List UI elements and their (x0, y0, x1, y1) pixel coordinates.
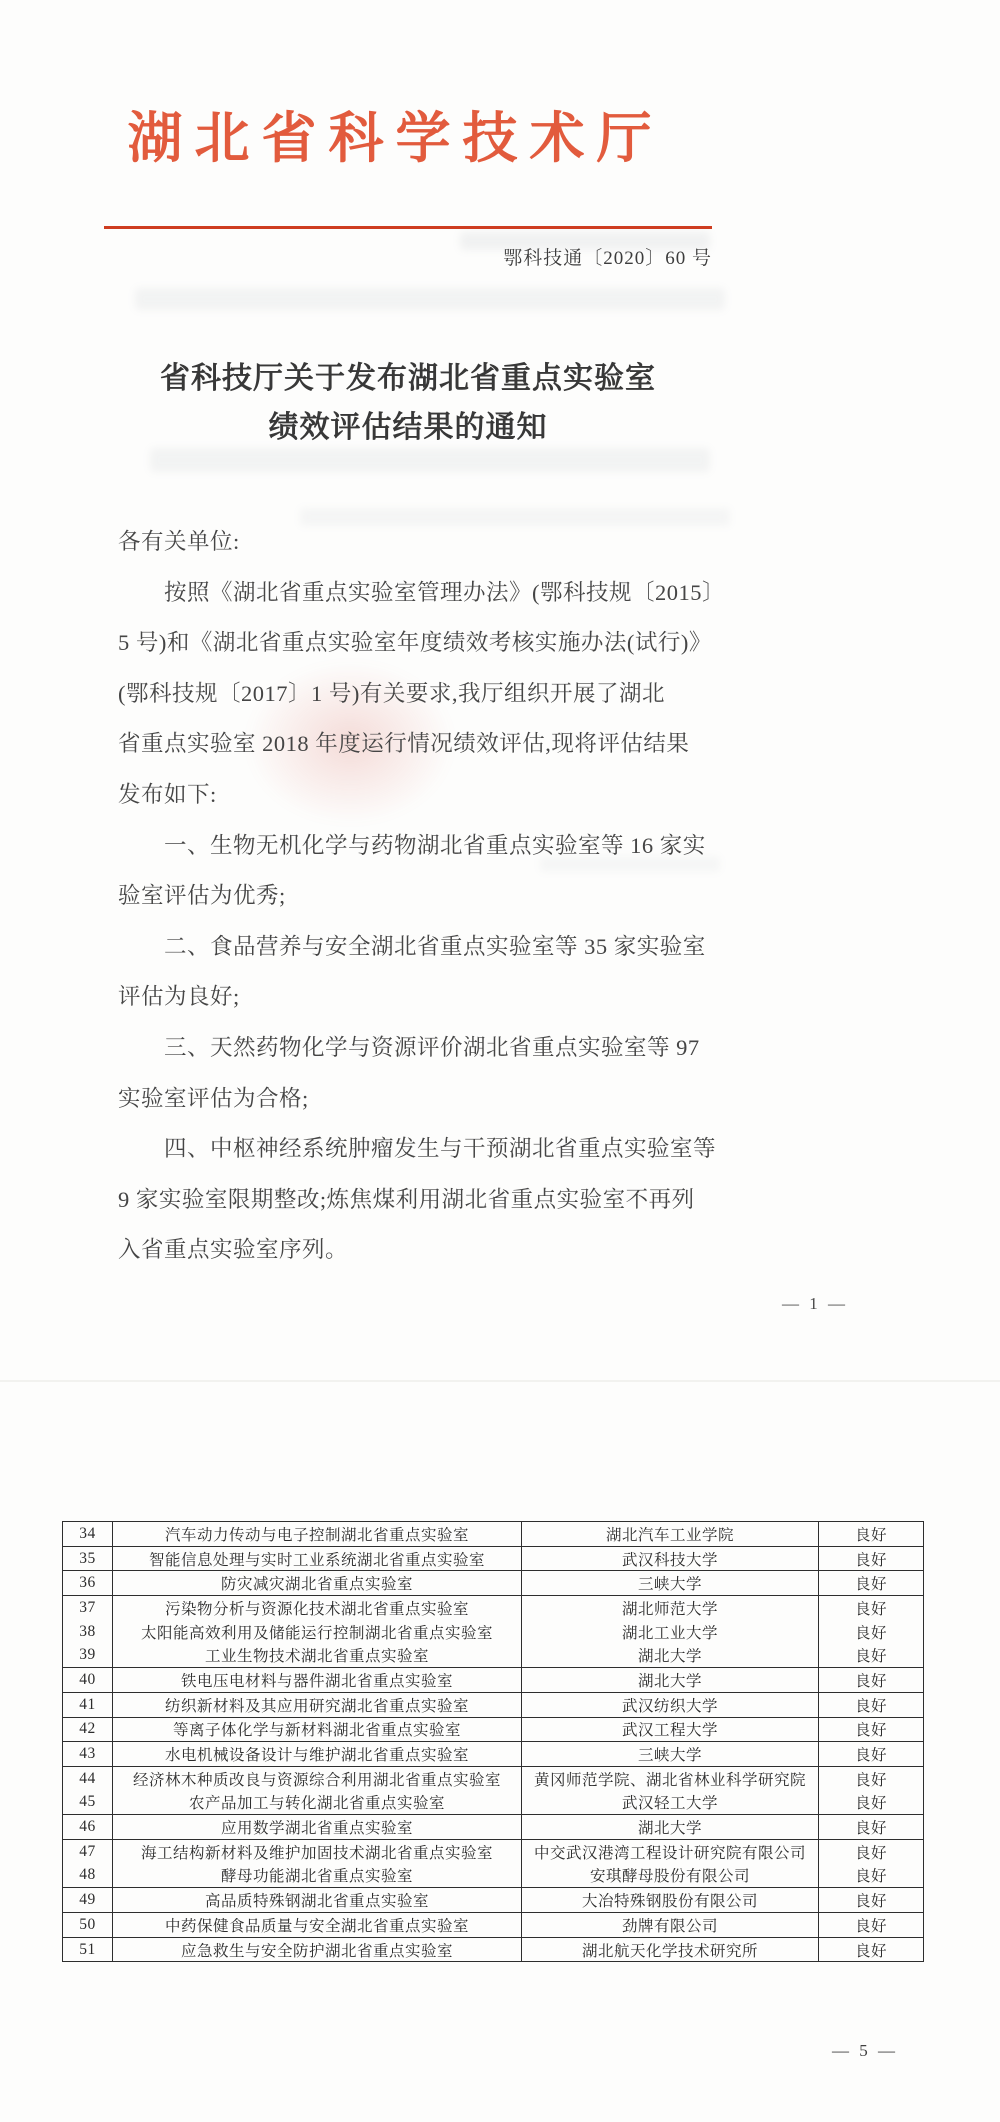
page5-page-number: — 5 — (800, 2041, 930, 2061)
rating-cell: 良好 (819, 1522, 924, 1547)
rating-cell: 良好 (819, 1742, 924, 1767)
lab-name-cell: 等离子体化学与新材料湖北省重点实验室 (113, 1717, 522, 1742)
notice-body-line: 三、天然药物化学与资源评价湖北省重点实验室等 97 (118, 1023, 754, 1074)
institution-cell: 武汉科技大学 (522, 1546, 819, 1571)
letterhead-title: 湖北省科学技术厅 (73, 94, 718, 173)
table-row: 44经济林木种质改良与资源综合利用湖北省重点实验室黄冈师范学院、湖北省林业科学研… (63, 1766, 924, 1790)
rating-cell: 良好 (819, 1571, 924, 1596)
rating-cell: 良好 (819, 1839, 924, 1863)
row-number-cell: 41 (63, 1692, 113, 1717)
rating-cell: 良好 (819, 1913, 924, 1938)
rating-cell: 良好 (819, 1668, 924, 1693)
document-title-line2: 绩效评估结果的通知 (104, 403, 712, 452)
lab-name-cell: 水电机械设备设计与维护湖北省重点实验室 (113, 1742, 522, 1767)
row-number-cell: 49 (63, 1888, 113, 1913)
table-row: 49高品质特殊钢湖北省重点实验室大冶特殊钢股份有限公司良好 (63, 1888, 924, 1913)
rating-cell: 良好 (819, 1888, 924, 1913)
evaluation-results-table: 34汽车动力传动与电子控制湖北省重点实验室湖北汽车工业学院良好35智能信息处理与… (62, 1521, 924, 1962)
table-row: 48酵母功能湖北省重点实验室安琪酵母股份有限公司良好 (63, 1864, 924, 1888)
document-title-line1: 省科技厅关于发布湖北省重点实验室 (104, 354, 712, 403)
institution-cell: 大冶特殊钢股份有限公司 (522, 1888, 819, 1913)
row-number-cell: 43 (63, 1742, 113, 1767)
lab-name-cell: 防灾减灾湖北省重点实验室 (113, 1571, 522, 1596)
scanned-document: { "page1": { "letterhead_title": "湖北省科学技… (0, 0, 1000, 2122)
rating-cell: 良好 (819, 1620, 924, 1644)
document-number: 鄂科技通〔2020〕60 号 (104, 243, 712, 270)
row-number-cell: 38 (63, 1620, 113, 1644)
row-number-cell: 47 (63, 1839, 113, 1863)
table-row: 40铁电压电材料与器件湖北省重点实验室湖北大学良好 (63, 1668, 924, 1693)
institution-cell: 黄冈师范学院、湖北省林业科学研究院 (522, 1766, 819, 1790)
rating-cell: 良好 (819, 1766, 924, 1790)
table-row: 46应用数学湖北省重点实验室湖北大学良好 (63, 1815, 924, 1840)
table-row: 50中药保健食品质量与安全湖北省重点实验室劲牌有限公司良好 (63, 1913, 924, 1938)
notice-body-line: 四、中枢神经系统肿瘤发生与干预湖北省重点实验室等 (118, 1124, 754, 1175)
rating-cell: 良好 (819, 1937, 924, 1962)
document-title: 省科技厅关于发布湖北省重点实验室 绩效评估结果的通知 (104, 354, 712, 452)
table-row: 37污染物分析与资源化技术湖北省重点实验室湖北师范大学良好 (63, 1596, 924, 1620)
table-row: 36防灾减灾湖北省重点实验室三峡大学良好 (63, 1571, 924, 1596)
rating-cell: 良好 (819, 1596, 924, 1620)
row-number-cell: 36 (63, 1571, 113, 1596)
row-number-cell: 46 (63, 1815, 113, 1840)
rating-cell: 良好 (819, 1864, 924, 1888)
row-number-cell: 50 (63, 1913, 113, 1938)
notice-body-line: 一、生物无机化学与药物湖北省重点实验室等 16 家实 (118, 821, 754, 872)
rating-cell: 良好 (819, 1643, 924, 1667)
row-number-cell: 42 (63, 1717, 113, 1742)
institution-cell: 武汉轻工大学 (522, 1791, 819, 1815)
rating-cell: 良好 (819, 1791, 924, 1815)
institution-cell: 湖北师范大学 (522, 1596, 819, 1620)
institution-cell: 湖北工业大学 (522, 1620, 819, 1644)
bleedthrough-artifact (135, 288, 725, 310)
row-number-cell: 34 (63, 1522, 113, 1547)
notice-body-line: 验室评估为优秀; (118, 871, 754, 922)
lab-name-cell: 铁电压电材料与器件湖北省重点实验室 (113, 1668, 522, 1693)
row-number-cell: 44 (63, 1766, 113, 1790)
table-row: 42等离子体化学与新材料湖北省重点实验室武汉工程大学良好 (63, 1717, 924, 1742)
lab-name-cell: 污染物分析与资源化技术湖北省重点实验室 (113, 1596, 522, 1620)
row-number-cell: 39 (63, 1643, 113, 1667)
notice-body-line: 9 家实验室限期整改;炼焦煤利用湖北省重点实验室不再列 (118, 1175, 754, 1226)
institution-cell: 武汉工程大学 (522, 1717, 819, 1742)
lab-name-cell: 纺织新材料及其应用研究湖北省重点实验室 (113, 1692, 522, 1717)
letterhead-rule (104, 226, 712, 229)
lab-name-cell: 应用数学湖北省重点实验室 (113, 1815, 522, 1840)
lab-name-cell: 智能信息处理与实时工业系统湖北省重点实验室 (113, 1546, 522, 1571)
institution-cell: 湖北汽车工业学院 (522, 1522, 819, 1547)
notice-body-line: 各有关单位: (118, 517, 754, 568)
rating-cell: 良好 (819, 1815, 924, 1840)
table-row: 34汽车动力传动与电子控制湖北省重点实验室湖北汽车工业学院良好 (63, 1522, 924, 1547)
notice-body: 各有关单位:按照《湖北省重点实验室管理办法》(鄂科技规〔2015〕5 号)和《湖… (118, 517, 754, 1276)
notice-body-line: 省重点实验室 2018 年度运行情况绩效评估,现将评估结果 (118, 719, 754, 770)
page1-page-number: — 1 — (104, 1294, 848, 1314)
lab-name-cell: 酵母功能湖北省重点实验室 (113, 1864, 522, 1888)
lab-name-cell: 中药保健食品质量与安全湖北省重点实验室 (113, 1913, 522, 1938)
notice-body-line: (鄂科技规〔2017〕1 号)有关要求,我厅组织开展了湖北 (118, 669, 754, 720)
lab-name-cell: 应急救生与安全防护湖北省重点实验室 (113, 1937, 522, 1962)
institution-cell: 湖北大学 (522, 1815, 819, 1840)
notice-body-line: 5 号)和《湖北省重点实验室年度绩效考核实施办法(试行)》 (118, 618, 754, 669)
notice-body-line: 发布如下: (118, 770, 754, 821)
notice-body-line: 入省重点实验室序列。 (118, 1225, 754, 1276)
notice-body-line: 二、食品营养与安全湖北省重点实验室等 35 家实验室 (118, 922, 754, 973)
institution-cell: 三峡大学 (522, 1571, 819, 1596)
institution-cell: 湖北大学 (522, 1668, 819, 1693)
lab-name-cell: 太阳能高效利用及储能运行控制湖北省重点实验室 (113, 1620, 522, 1644)
rating-cell: 良好 (819, 1692, 924, 1717)
table-row: 39工业生物技术湖北省重点实验室湖北大学良好 (63, 1643, 924, 1667)
notice-body-line: 实验室评估为合格; (118, 1074, 754, 1125)
institution-cell: 武汉纺织大学 (522, 1692, 819, 1717)
row-number-cell: 37 (63, 1596, 113, 1620)
institution-cell: 湖北航天化学技术研究所 (522, 1937, 819, 1962)
lab-name-cell: 高品质特殊钢湖北省重点实验室 (113, 1888, 522, 1913)
scan-seam (0, 1380, 1000, 1382)
lab-name-cell: 汽车动力传动与电子控制湖北省重点实验室 (113, 1522, 522, 1547)
institution-cell: 劲牌有限公司 (522, 1913, 819, 1938)
lab-name-cell: 海工结构新材料及维护加固技术湖北省重点实验室 (113, 1839, 522, 1863)
row-number-cell: 51 (63, 1937, 113, 1962)
row-number-cell: 48 (63, 1864, 113, 1888)
table-row: 43水电机械设备设计与维护湖北省重点实验室三峡大学良好 (63, 1742, 924, 1767)
institution-cell: 湖北大学 (522, 1643, 819, 1667)
institution-cell: 安琪酵母股份有限公司 (522, 1864, 819, 1888)
rating-cell: 良好 (819, 1717, 924, 1742)
institution-cell: 中交武汉港湾工程设计研究院有限公司 (522, 1839, 819, 1863)
notice-body-line: 按照《湖北省重点实验室管理办法》(鄂科技规〔2015〕 (118, 568, 754, 619)
lab-name-cell: 工业生物技术湖北省重点实验室 (113, 1643, 522, 1667)
table-row: 45农产品加工与转化湖北省重点实验室武汉轻工大学良好 (63, 1791, 924, 1815)
rating-cell: 良好 (819, 1546, 924, 1571)
lab-name-cell: 经济林木种质改良与资源综合利用湖北省重点实验室 (113, 1766, 522, 1790)
institution-cell: 三峡大学 (522, 1742, 819, 1767)
table-row: 51应急救生与安全防护湖北省重点实验室湖北航天化学技术研究所良好 (63, 1937, 924, 1962)
lab-name-cell: 农产品加工与转化湖北省重点实验室 (113, 1791, 522, 1815)
table-row: 47海工结构新材料及维护加固技术湖北省重点实验室中交武汉港湾工程设计研究院有限公… (63, 1839, 924, 1863)
row-number-cell: 40 (63, 1668, 113, 1693)
table-row: 41纺织新材料及其应用研究湖北省重点实验室武汉纺织大学良好 (63, 1692, 924, 1717)
table-row: 35智能信息处理与实时工业系统湖北省重点实验室武汉科技大学良好 (63, 1546, 924, 1571)
notice-body-line: 评估为良好; (118, 972, 754, 1023)
table-row: 38太阳能高效利用及储能运行控制湖北省重点实验室湖北工业大学良好 (63, 1620, 924, 1644)
row-number-cell: 45 (63, 1791, 113, 1815)
row-number-cell: 35 (63, 1546, 113, 1571)
